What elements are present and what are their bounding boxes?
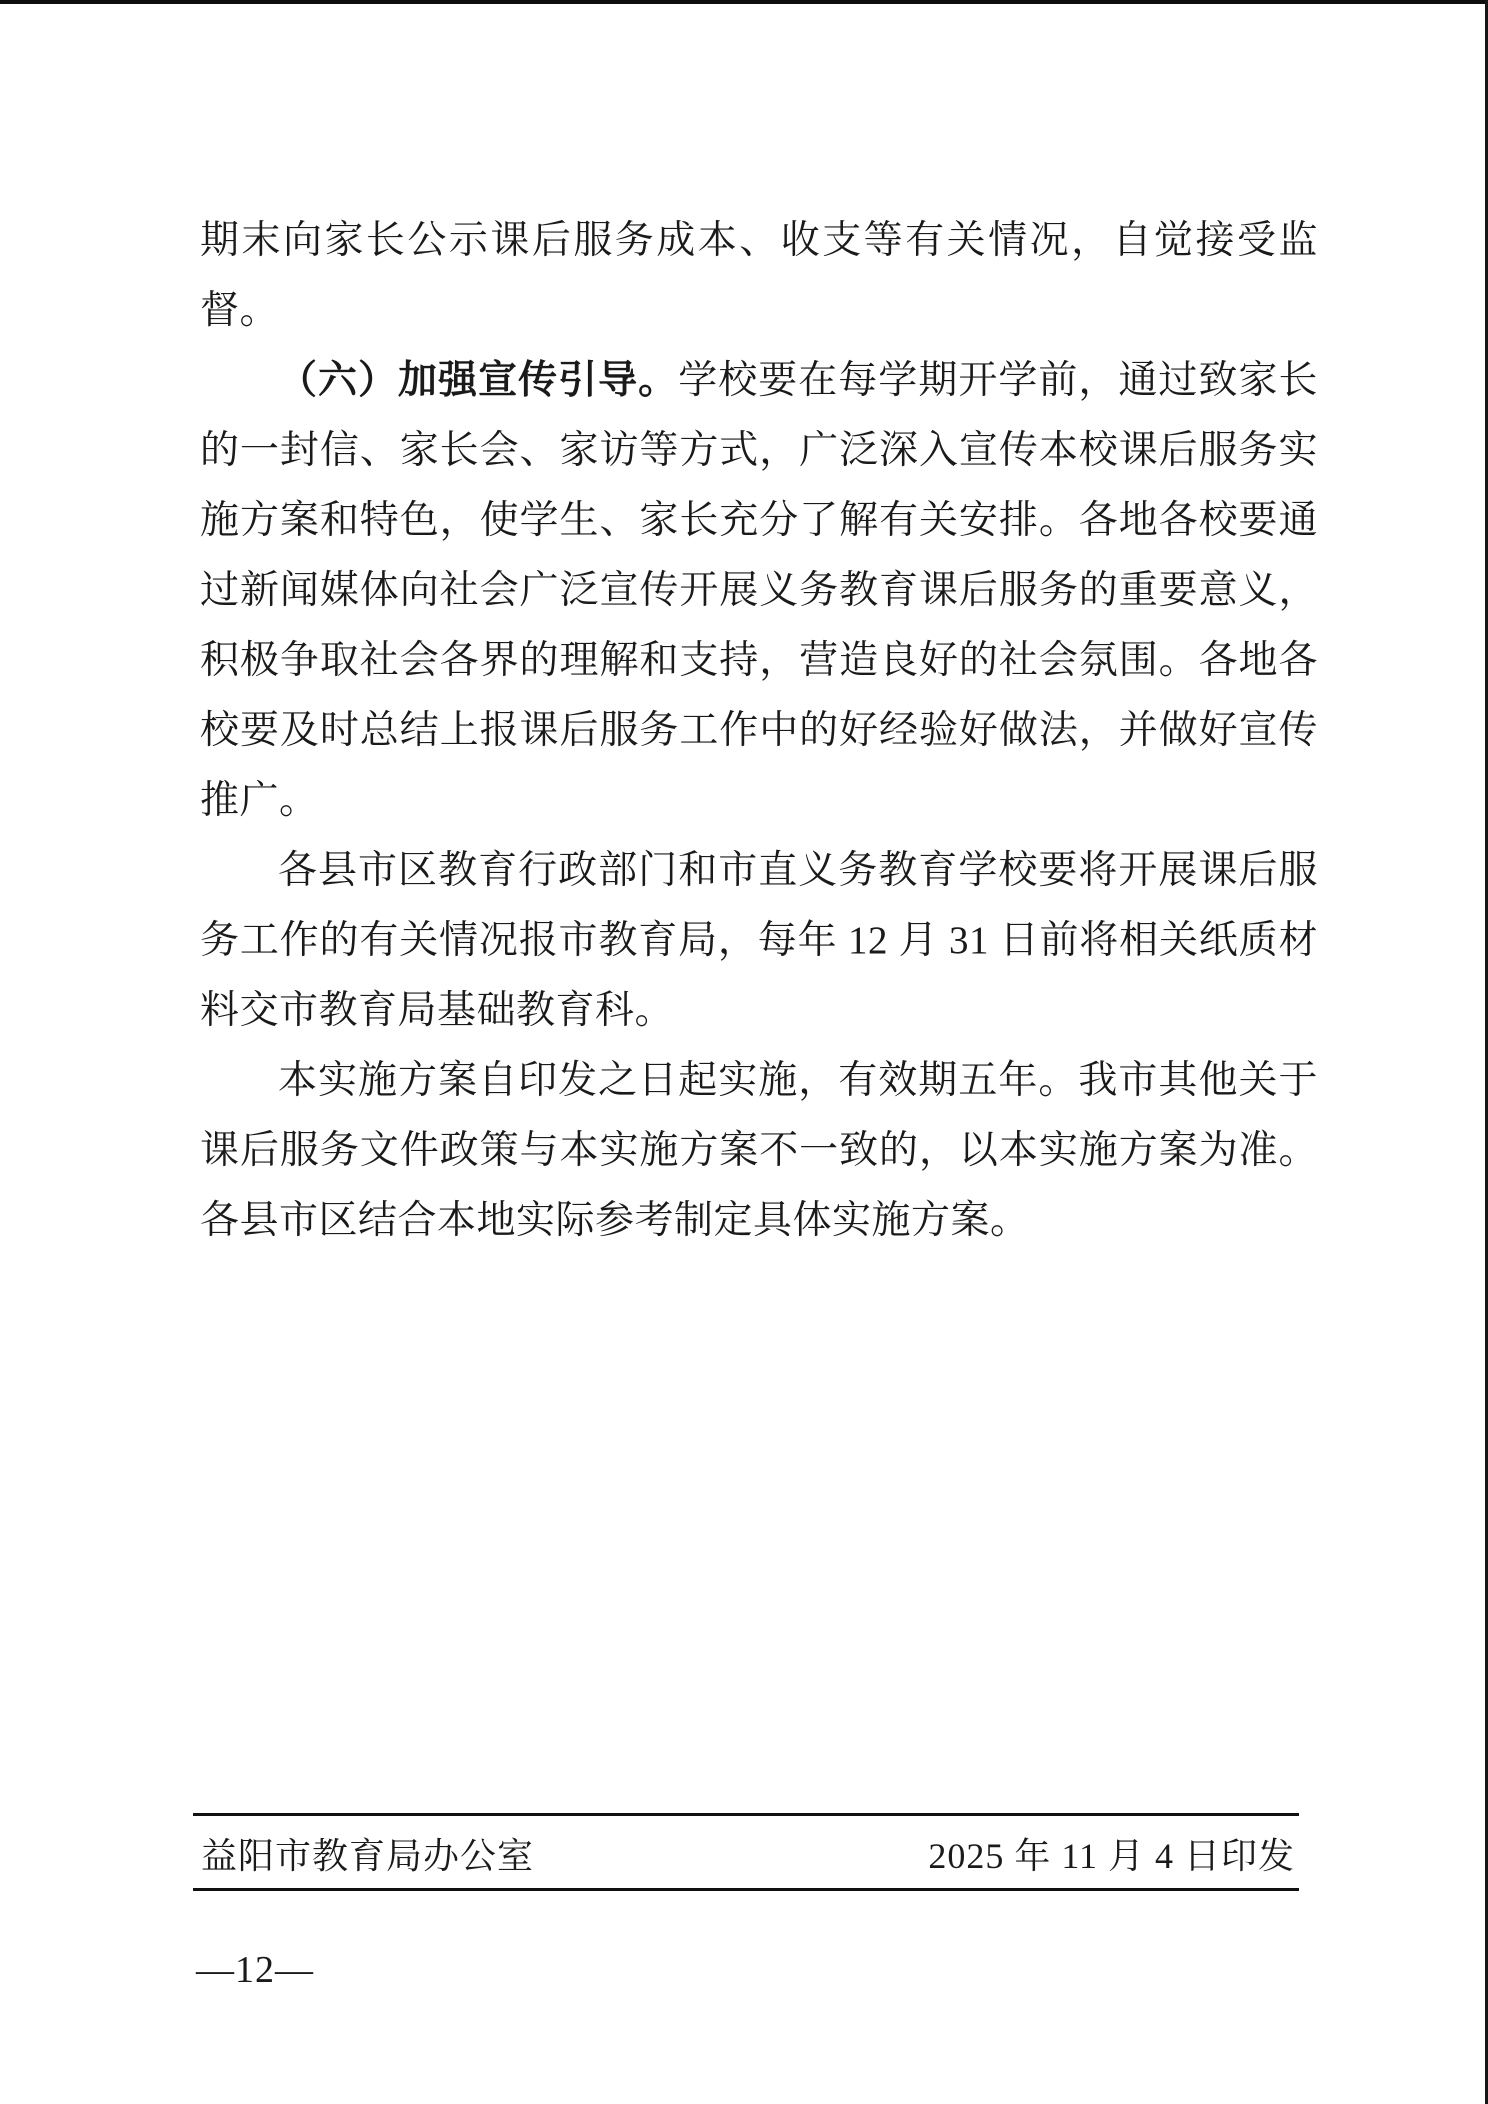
footer-print-date: 2025 年 11 月 4 日印发 [928, 1828, 1299, 1879]
body-paragraph-reporting: 各县市区教育行政部门和市直义务教育学校要将开展课后服务工作的有关情况报市教育局，… [200, 836, 1318, 1046]
body-paragraph-effective-period: 本实施方案自印发之日起实施，有效期五年。我市其他关于课后服务文件政策与本实施方案… [200, 1046, 1318, 1256]
paragraph-text: 各县市区教育行政部门和市直义务教育学校要将开展课后服务工作的有关情况报市教育局，… [200, 849, 1318, 1032]
footer-top-rule [193, 1813, 1299, 1816]
body-paragraph-continuation: 期末向家长公示课后服务成本、收支等有关情况，自觉接受监督。 [200, 206, 1318, 346]
scan-top-edge [0, 0, 1488, 4]
document-page: 期末向家长公示课后服务成本、收支等有关情况，自觉接受监督。 （六）加强宣传引导。… [0, 0, 1488, 2104]
footer-row: 益阳市教育局办公室 2025 年 11 月 4 日印发 [193, 1822, 1299, 1884]
footer-bottom-rule [193, 1888, 1299, 1891]
page-number: —12— [196, 1948, 314, 1992]
paragraph-lead: （六）加强宣传引导。 [278, 359, 678, 402]
paragraph-text: 期末向家长公示课后服务成本、收支等有关情况，自觉接受监督。 [200, 219, 1318, 332]
paragraph-text: 学校要在每学期开学前，通过致家长的一封信、家长会、家访等方式，广泛深入宣传本校课… [200, 359, 1318, 822]
document-body: 期末向家长公示课后服务成本、收支等有关情况，自觉接受监督。 （六）加强宣传引导。… [200, 206, 1318, 1256]
body-paragraph-section-six: （六）加强宣传引导。学校要在每学期开学前，通过致家长的一封信、家长会、家访等方式… [200, 346, 1318, 836]
paragraph-text: 本实施方案自印发之日起实施，有效期五年。我市其他关于课后服务文件政策与本实施方案… [200, 1059, 1318, 1242]
footer-issuer: 益阳市教育局办公室 [193, 1828, 534, 1879]
